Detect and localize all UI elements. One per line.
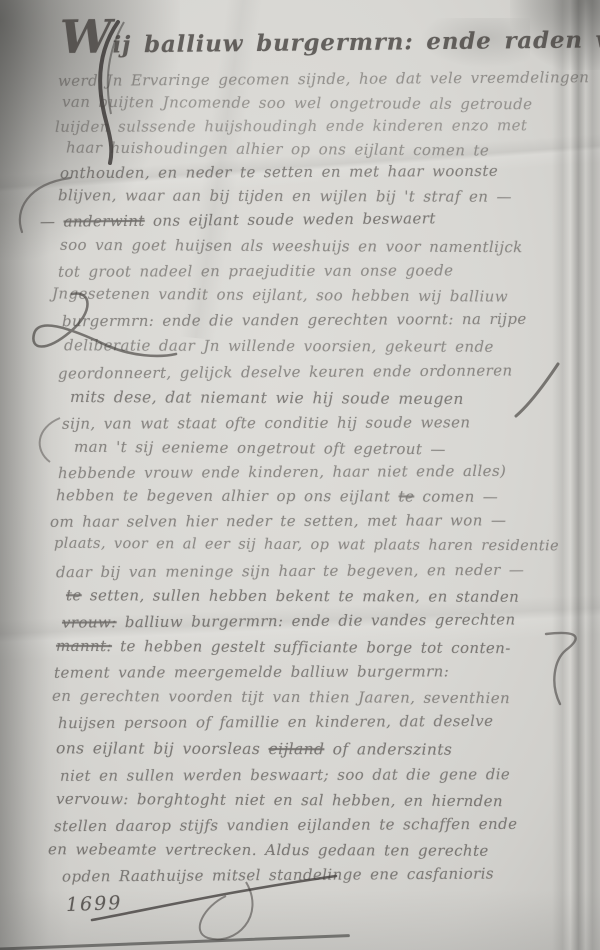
manuscript-line: mannt: te hebben gestelt sufficiante bor… (56, 637, 511, 657)
line-text: ons eijlant bij voorsleas (56, 739, 269, 758)
year-label: 1699 (66, 892, 123, 916)
line-text: en webeamte vertrecken. Aldus gedaan ten… (48, 840, 489, 860)
manuscript-line: mits dese, dat niemant wie hij soude meu… (70, 388, 464, 408)
manuscript-line: te setten, sullen hebben bekent te maken… (66, 586, 519, 606)
struck-text: eijland (268, 740, 324, 758)
manuscript-line: hebbende vrouw ende kinderen, haar niet … (58, 462, 506, 482)
line-text: comen — (414, 487, 498, 505)
manuscript-photo: Wij balliuw burgermrn: ende raden van de… (0, 0, 600, 950)
manuscript-line: niet en sullen werden beswaart; soo dat … (60, 765, 510, 785)
line-text: balliuw burgermrn: ende die vandes gerec… (117, 610, 516, 631)
manuscript-line: om haar selven hier neder te setten, met… (50, 511, 506, 531)
line-text: mits dese, dat niemant wie hij soude meu… (70, 388, 464, 408)
line-text: haar huishoudingen alhier op ons eijlant… (66, 139, 489, 160)
line-text: en gerechten voorden tijt van thien Jaar… (52, 687, 510, 707)
line-text: vervouw: borghtoght niet en sal hebben, … (56, 790, 503, 810)
line-text: plaats, voor en al eer sij haar, op wat … (54, 536, 559, 555)
struck-text: mannt: (56, 637, 112, 655)
line-text: luijden sulssende huijshoudingh ende kin… (55, 116, 527, 136)
manuscript-line: plaats, voor en al eer sij haar, op wat … (54, 536, 559, 555)
line-text: opden Raathuijse mitsel standelinge ene … (62, 864, 494, 885)
line-text: om haar selven hier neder te setten, met… (50, 511, 506, 531)
line-text: tement vande meergemelde balliuw burgerm… (54, 662, 449, 681)
struck-text: vrouw: (62, 613, 117, 631)
manuscript-line: tot groot nadeel en praejuditie van onse… (58, 261, 453, 280)
line-text: ons eijlant soude weden beswaert (145, 209, 436, 230)
manuscript-line: deliberatie daar Jn willende voorsien, g… (64, 336, 494, 356)
manuscript-line: man 't sij eenieme ongetrout oft egetrou… (74, 438, 446, 459)
manuscript-line: geordonneert, gelijck deselve keuren end… (58, 361, 513, 382)
manuscript-line: werd Jn Ervaringe gecomen sijnde, hoe da… (58, 68, 589, 90)
manuscript-line: luijden sulssende huijshoudingh ende kin… (55, 116, 527, 136)
line-text: stellen daarop stijfs vandien eijlanden … (54, 815, 517, 835)
line-text: onthouden, en neder te setten en met haa… (60, 162, 498, 182)
manuscript-line: haar huishoudingen alhier op ons eijlant… (66, 139, 489, 160)
line-text: geordonneert, gelijck deselve keuren end… (58, 361, 513, 382)
line-text: — (40, 213, 64, 231)
line-text: sijn, van wat staat ofte conditie hij so… (62, 413, 471, 432)
line-text: niet en sullen werden beswaart; soo dat … (60, 765, 510, 785)
line-text: burgermrn: ende die vanden gerechten voo… (62, 310, 527, 330)
manuscript-line: blijven, waar aan bij tijden en wijlen b… (58, 186, 512, 206)
manuscript-line: sijn, van wat staat ofte conditie hij so… (62, 413, 471, 432)
manuscript-line: en gerechten voorden tijt van thien Jaar… (52, 687, 510, 707)
manuscript-line: burgermrn: ende die vanden gerechten voo… (62, 310, 527, 330)
line-text: tot groot nadeel en praejuditie van onse… (58, 261, 453, 280)
handwritten-text-layer: Wij balliuw burgermrn: ende raden van de… (0, 0, 600, 950)
line-text: soo van goet huijsen als weeshuijs en vo… (60, 236, 523, 256)
manuscript-line: hebben te begeven alhier op ons eijlant … (56, 486, 498, 506)
manuscript-line: vervouw: borghtoght niet en sal hebben, … (56, 790, 503, 810)
manuscript-line: tement vande meergemelde balliuw burgerm… (54, 662, 449, 681)
manuscript-line: ons eijlant bij voorsleas eijland of and… (56, 739, 452, 758)
struck-text: anderwint (64, 212, 145, 231)
manuscript-line: van buijten Jncomende soo wel ongetroude… (62, 93, 532, 113)
heading-line: Wij balliuw burgermrn: ende raden van de… (60, 16, 600, 59)
manuscript-line: huijsen persoon of famillie en kinderen,… (58, 712, 494, 732)
line-text: van buijten Jncomende soo wel ongetroude… (62, 93, 532, 113)
manuscript-line: opden Raathuijse mitsel standelinge ene … (62, 864, 494, 885)
line-text: setten, sullen hebben bekent te maken, e… (82, 586, 520, 606)
manuscript-line: onthouden, en neder te setten en met haa… (60, 162, 498, 182)
manuscript-line: vrouw: balliuw burgermrn: ende die vande… (62, 610, 516, 631)
line-text: te hebben gestelt sufficiante borge tot … (112, 637, 511, 657)
manuscript-line: stellen daarop stijfs vandien eijlanden … (54, 815, 517, 835)
line-text: hebben te begeven alhier op ons eijlant (56, 486, 399, 505)
line-text: of anderszints (324, 740, 452, 758)
line-text: daar bij van meninge sijn haar te begeve… (56, 561, 524, 581)
manuscript-line: — anderwint ons eijlant soude weden besw… (40, 209, 436, 230)
line-text: man 't sij eenieme ongetrout oft egetrou… (74, 438, 446, 459)
line-text: werd Jn Ervaringe gecomen sijnde, hoe da… (58, 68, 589, 90)
manuscript-line: Jngesetenen vandit ons eijlant, soo hebb… (52, 284, 508, 305)
manuscript-line: daar bij van meninge sijn haar te begeve… (56, 561, 524, 581)
line-text: deliberatie daar Jn willende voorsien, g… (64, 336, 494, 356)
line-text: hebbende vrouw ende kinderen, haar niet … (58, 462, 506, 482)
line-text: huijsen persoon of famillie en kinderen,… (58, 712, 494, 732)
struck-text: te (399, 487, 415, 505)
struck-text: te (66, 586, 82, 604)
manuscript-line: soo van goet huijsen als weeshuijs en vo… (60, 236, 523, 256)
line-text: Jngesetenen vandit ons eijlant, soo hebb… (52, 284, 508, 305)
manuscript-line: en webeamte vertrecken. Aldus gedaan ten… (48, 840, 489, 860)
line-text: blijven, waar aan bij tijden en wijlen b… (58, 186, 512, 206)
